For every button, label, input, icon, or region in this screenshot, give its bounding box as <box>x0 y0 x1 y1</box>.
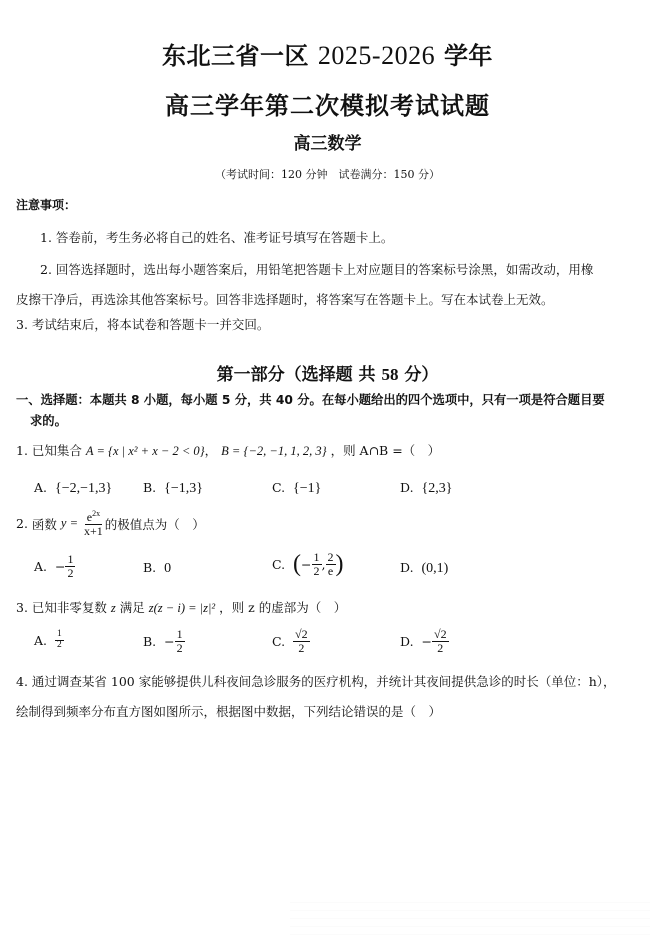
fraction-numerator: 1 <box>65 553 75 567</box>
option-label: B. <box>143 634 156 649</box>
fraction-denominator: 2 <box>435 642 445 655</box>
option-label: A. <box>34 480 47 495</box>
option-value: {−1} <box>293 481 321 496</box>
minus-sign: − <box>422 634 432 649</box>
fraction-denominator: 2 <box>65 567 75 580</box>
question-2-stem: 2. 函数 y = e2x x+1 的极值点为（ ） <box>16 510 205 537</box>
question-3-option-c[interactable]: C. √22 <box>272 628 310 654</box>
fraction: 12 <box>175 628 185 654</box>
fraction-denominator: 2 <box>296 642 306 655</box>
option-label: B. <box>143 480 156 495</box>
fraction-numerator: 2 <box>326 551 336 565</box>
fraction-denominator: 2 <box>312 565 322 578</box>
notice-item-2: 2. 回答选择题时，选出每小题答案后，用铅笔把答题卡上对应题目的答案标号涂黑，如… <box>40 260 593 278</box>
option-value: {−2,−1,3} <box>55 481 112 496</box>
exponent: 2x <box>92 509 100 518</box>
section-points: 58 <box>381 365 398 384</box>
option-value: {−1,3} <box>164 481 203 496</box>
option-value: (0,1) <box>422 561 449 576</box>
question-1-option-b[interactable]: B. {−1,3} <box>143 480 203 497</box>
fraction-denominator: 2 <box>175 642 185 655</box>
notice-item-1: 1. 答卷前，考生务必将自己的姓名、准考证号填写在答题卡上。 <box>40 228 393 246</box>
fraction-denominator: 2 <box>55 641 64 651</box>
question-number: 1. <box>16 443 28 458</box>
fraction: √22 <box>432 628 449 654</box>
set-a-math: A = {x | x² + x − 2 < 0} <box>86 444 205 458</box>
question-3-option-b[interactable]: B. − 12 <box>143 628 185 654</box>
stem-suffix: ，则 z 的虚部为（ ） <box>219 600 346 615</box>
notice-item-3: 3. 考试结束后，将本试卷和答题卡一并交回。 <box>16 315 269 333</box>
section-instructions-line1: 一、选择题：本题共 8 小题，每小题 5 分，共 40 分。在每小题给出的四个选… <box>16 390 605 408</box>
question-number: 3. <box>16 600 28 615</box>
fraction: 12 <box>55 630 64 651</box>
stem-text: 已知非零复数 <box>32 600 107 615</box>
fraction-numerator: 1 <box>312 551 322 565</box>
question-2-option-b[interactable]: B. 0 <box>143 560 171 577</box>
set-b-math: B = {−2, −1, 1, 2, 3} <box>221 444 326 458</box>
faint-watermark <box>290 895 650 935</box>
function-fraction: e2x x+1 <box>82 510 105 537</box>
stem-text: 函数 <box>32 515 57 533</box>
option-label: D. <box>400 480 414 495</box>
question-1-option-c[interactable]: C. {−1} <box>272 480 321 497</box>
fraction-denominator: x+1 <box>82 525 105 538</box>
minus-sign: − <box>301 557 311 572</box>
title-year-suffix: 学年 <box>444 42 493 70</box>
section-heading-text: 第一部分（选择题 共 <box>217 365 376 385</box>
option-label: D. <box>400 634 414 649</box>
left-paren: ( <box>293 551 301 578</box>
notice-heading: 注意事项： <box>16 196 76 213</box>
question-4-stem-line2: 绘制得到频率分布直方图如图所示，根据图中数据，下列结论错误的是（ ） <box>16 702 441 720</box>
fraction: 12 <box>312 551 322 577</box>
section-heading: 第一部分（选择题 共 58 分） <box>0 360 655 385</box>
fraction: 12 <box>65 553 75 579</box>
question-2-option-d[interactable]: D. (0,1) <box>400 560 448 577</box>
option-label: A. <box>34 633 47 648</box>
question-2-option-a[interactable]: A. − 12 <box>34 553 75 579</box>
minus-sign: − <box>164 634 174 649</box>
option-label: A. <box>34 559 47 574</box>
fraction-numerator: √2 <box>293 628 310 642</box>
stem-suffix: ，则 A∩B =（ ） <box>331 443 441 458</box>
complex-equation: z(z − i) = |z|² <box>149 601 215 615</box>
question-1-option-d[interactable]: D. {2,3} <box>400 480 452 497</box>
question-1-stem: 1. 已知集合 A = {x | x² + x − 2 < 0}， B = {−… <box>16 441 440 459</box>
function-lhs: y = <box>61 516 78 531</box>
notice-item-2-cont: 皮擦干净后，再选涂其他答案标号。回答非选择题时，将答案写在答题卡上。写在本试卷上… <box>16 290 554 308</box>
fraction-denominator: e <box>326 565 335 578</box>
section-heading-suffix: 分） <box>404 365 438 385</box>
option-label: C. <box>272 557 285 572</box>
question-number: 2. <box>16 516 28 531</box>
fraction-numerator: √2 <box>432 628 449 642</box>
title-year: 2025-2026 <box>318 41 435 70</box>
fraction: 2e <box>326 551 336 577</box>
stem-suffix: 的极值点为（ ） <box>105 515 205 533</box>
question-3-option-a[interactable]: A. 12 <box>34 630 64 651</box>
fraction: √22 <box>293 628 310 654</box>
exam-title-line2: 高三学年第二次模拟考试试题 <box>0 86 655 121</box>
stem-text: 已知集合 <box>32 443 82 458</box>
option-value: {2,3} <box>422 481 453 496</box>
option-value: 0 <box>164 561 171 576</box>
fraction-numerator: 1 <box>175 628 185 642</box>
exam-time-score-info: （考试时间：120 分钟 试卷满分：150 分） <box>0 166 655 182</box>
option-label: D. <box>400 560 414 575</box>
question-2-option-c[interactable]: C. ( − 12 , 2e ) <box>272 551 344 578</box>
variable-z: z <box>111 601 116 615</box>
question-3-stem: 3. 已知非零复数 z 满足 z(z − i) = |z|² ，则 z 的虚部为… <box>16 598 346 616</box>
exam-subject: 高三数学 <box>0 129 655 154</box>
minus-sign: − <box>55 559 65 574</box>
option-label: C. <box>272 480 285 495</box>
section-instructions-line2: 求的。 <box>30 411 67 429</box>
question-1-option-a[interactable]: A. {−2,−1,3} <box>34 480 112 497</box>
right-paren: ) <box>336 551 344 578</box>
exam-title-line1: 东北三省一区 2025-2026 学年 <box>0 36 655 71</box>
question-3-option-d[interactable]: D. − √22 <box>400 628 449 654</box>
option-label: C. <box>272 634 285 649</box>
stem-text: 满足 <box>120 600 145 615</box>
question-4-stem-line1: 4. 通过调查某省 100 家能够提供儿科夜间急诊服务的医疗机构，并统计其夜间提… <box>16 672 616 690</box>
title-region: 东北三省一区 <box>162 42 309 70</box>
fraction-numerator: e2x <box>85 510 102 525</box>
option-label: B. <box>143 560 156 575</box>
